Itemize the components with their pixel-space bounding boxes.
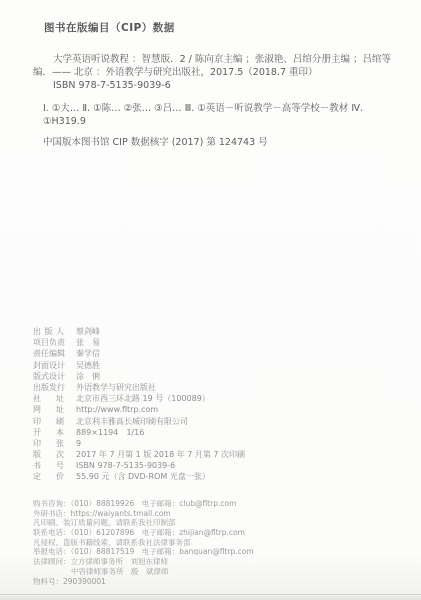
publication-info-row: 印刷北京利丰雅高长城印刷有限公司 bbox=[33, 416, 393, 427]
publication-info-value: 外语教学与研究出版社 bbox=[76, 382, 156, 393]
publication-info-row: 社址北京市西三环北路 19 号（100089） bbox=[33, 393, 393, 404]
publication-info-row: 定价55.90 元（含 DVD-ROM 光盘一张） bbox=[33, 471, 393, 482]
publication-info-label: 印刷 bbox=[33, 416, 64, 427]
publication-info-row: 网址http://www.fltrp.com bbox=[33, 404, 393, 415]
publication-info-label: 版次 bbox=[33, 449, 64, 460]
contact-line: 外研书店：https://waiyants.tmall.com bbox=[33, 509, 393, 519]
cip-record-number: 中国版本图书馆 CIP 数据核字 (2017) 第 124743 号 bbox=[43, 136, 391, 149]
classification-line: Ⅰ. ①大… Ⅱ. ①陈… ②张… ③吕… Ⅲ. ①英语－听说教学－高等学校－教… bbox=[43, 102, 391, 128]
publication-info-value: 北京市西三环北路 19 号（100089） bbox=[76, 393, 210, 404]
publication-info-label: 书号 bbox=[33, 460, 64, 471]
publication-info-value: 889×1194 1/16 bbox=[76, 427, 144, 438]
publication-info-label: 版式设计 bbox=[33, 371, 64, 382]
publication-info-row: 责任编辑秦学信 bbox=[33, 348, 393, 359]
publication-info-value: 9 bbox=[76, 438, 81, 449]
contact-line: 物料号：290390001 bbox=[33, 577, 393, 587]
publication-info-row: 开本889×1194 1/16 bbox=[33, 427, 393, 438]
isbn-line: ISBN 978-7-5135-9039-6 bbox=[33, 79, 391, 92]
publication-info-label: 项目负责 bbox=[33, 337, 64, 348]
contact-line: 凡侵权、盗版书籍线索，请联系我社法律事务部 bbox=[33, 538, 393, 548]
publication-info-row: 版次2017 年 7 月第 1 版 2018 年 7 月第 7 次印刷 bbox=[33, 449, 393, 460]
publication-info-value: 北京利丰雅高长城印刷有限公司 bbox=[76, 416, 188, 427]
publication-info-list: 出版人蔡剑峰项目负责张 易责任编辑秦学信封面设计吴德胜版式设计涂 俐出版发行外语… bbox=[33, 326, 393, 483]
copyright-page: 图书在版编目（CIP）数据 大学英语听说教程 ：智慧版．2 / 陈向京主编 ；张… bbox=[0, 0, 421, 600]
contact-line: 法律顾问：立方律师事务所 刘旭东律师 bbox=[33, 557, 393, 567]
cip-header: 图书在版编目（CIP）数据 bbox=[44, 22, 391, 35]
contact-line: 购书咨询：（010）88819926 电子邮箱：club@fltrp.com bbox=[33, 499, 393, 509]
publication-info-row: 印张9 bbox=[33, 438, 393, 449]
publication-info-row: 项目负责张 易 bbox=[33, 337, 393, 348]
publication-info-value: ISBN 978-7-5135-9039-6 bbox=[76, 460, 175, 471]
publication-info-label: 印张 bbox=[33, 438, 64, 449]
publication-info-label: 定价 bbox=[33, 471, 64, 482]
publication-info-value: 蔡剑峰 bbox=[76, 326, 100, 337]
publication-info-row: 版式设计涂 俐 bbox=[33, 371, 393, 382]
publication-info-value: 秦学信 bbox=[76, 348, 100, 359]
cip-block: 图书在版编目（CIP）数据 大学英语听说教程 ：智慧版．2 / 陈向京主编 ；张… bbox=[33, 22, 391, 149]
publication-info-row: 书号ISBN 978-7-5135-9039-6 bbox=[33, 460, 393, 471]
contact-line: 凡印刷、装订质量问题，请联系我社印制部 bbox=[33, 518, 393, 528]
publication-info-label: 网址 bbox=[33, 404, 64, 415]
publication-info-label: 出版人 bbox=[33, 326, 64, 337]
page-bottom-edge bbox=[0, 594, 421, 595]
publication-info-value: 张 易 bbox=[76, 337, 100, 348]
contact-info-block: 购书咨询：（010）88819926 电子邮箱：club@fltrp.com外研… bbox=[33, 499, 393, 586]
publication-info-label: 开本 bbox=[33, 427, 64, 438]
publication-info-label: 封面设计 bbox=[33, 360, 64, 371]
publication-info-value: 涂 俐 bbox=[76, 371, 100, 382]
publication-info-value: 吴德胜 bbox=[76, 360, 100, 371]
publication-info-row: 出版人蔡剑峰 bbox=[33, 326, 393, 337]
publication-info-row: 出版发行外语教学与研究出版社 bbox=[33, 382, 393, 393]
publication-info-label: 社址 bbox=[33, 393, 64, 404]
publication-info-label: 出版发行 bbox=[33, 382, 64, 393]
contact-line: 联系电话：（010）61207896 电子邮箱：zhijian@fltrp.co… bbox=[33, 528, 393, 538]
publication-info-label: 责任编辑 bbox=[33, 348, 64, 359]
contact-line: 举报电话：（010）88817519 电子邮箱：banquan@fltrp.co… bbox=[33, 547, 393, 557]
publication-info-value: 2017 年 7 月第 1 版 2018 年 7 月第 7 次印刷 bbox=[76, 449, 245, 460]
contact-line: 中咨律师事务所 殷 斌律师 bbox=[33, 567, 393, 577]
publication-info-value: 55.90 元（含 DVD-ROM 光盘一张） bbox=[76, 471, 210, 482]
cip-description: 大学英语听说教程 ：智慧版．2 / 陈向京主编 ；张淑艳、吕绾分册主编 ；吕绾等… bbox=[33, 53, 391, 79]
publication-info-row: 封面设计吴德胜 bbox=[33, 360, 393, 371]
publication-info-value: http://www.fltrp.com bbox=[76, 404, 158, 415]
